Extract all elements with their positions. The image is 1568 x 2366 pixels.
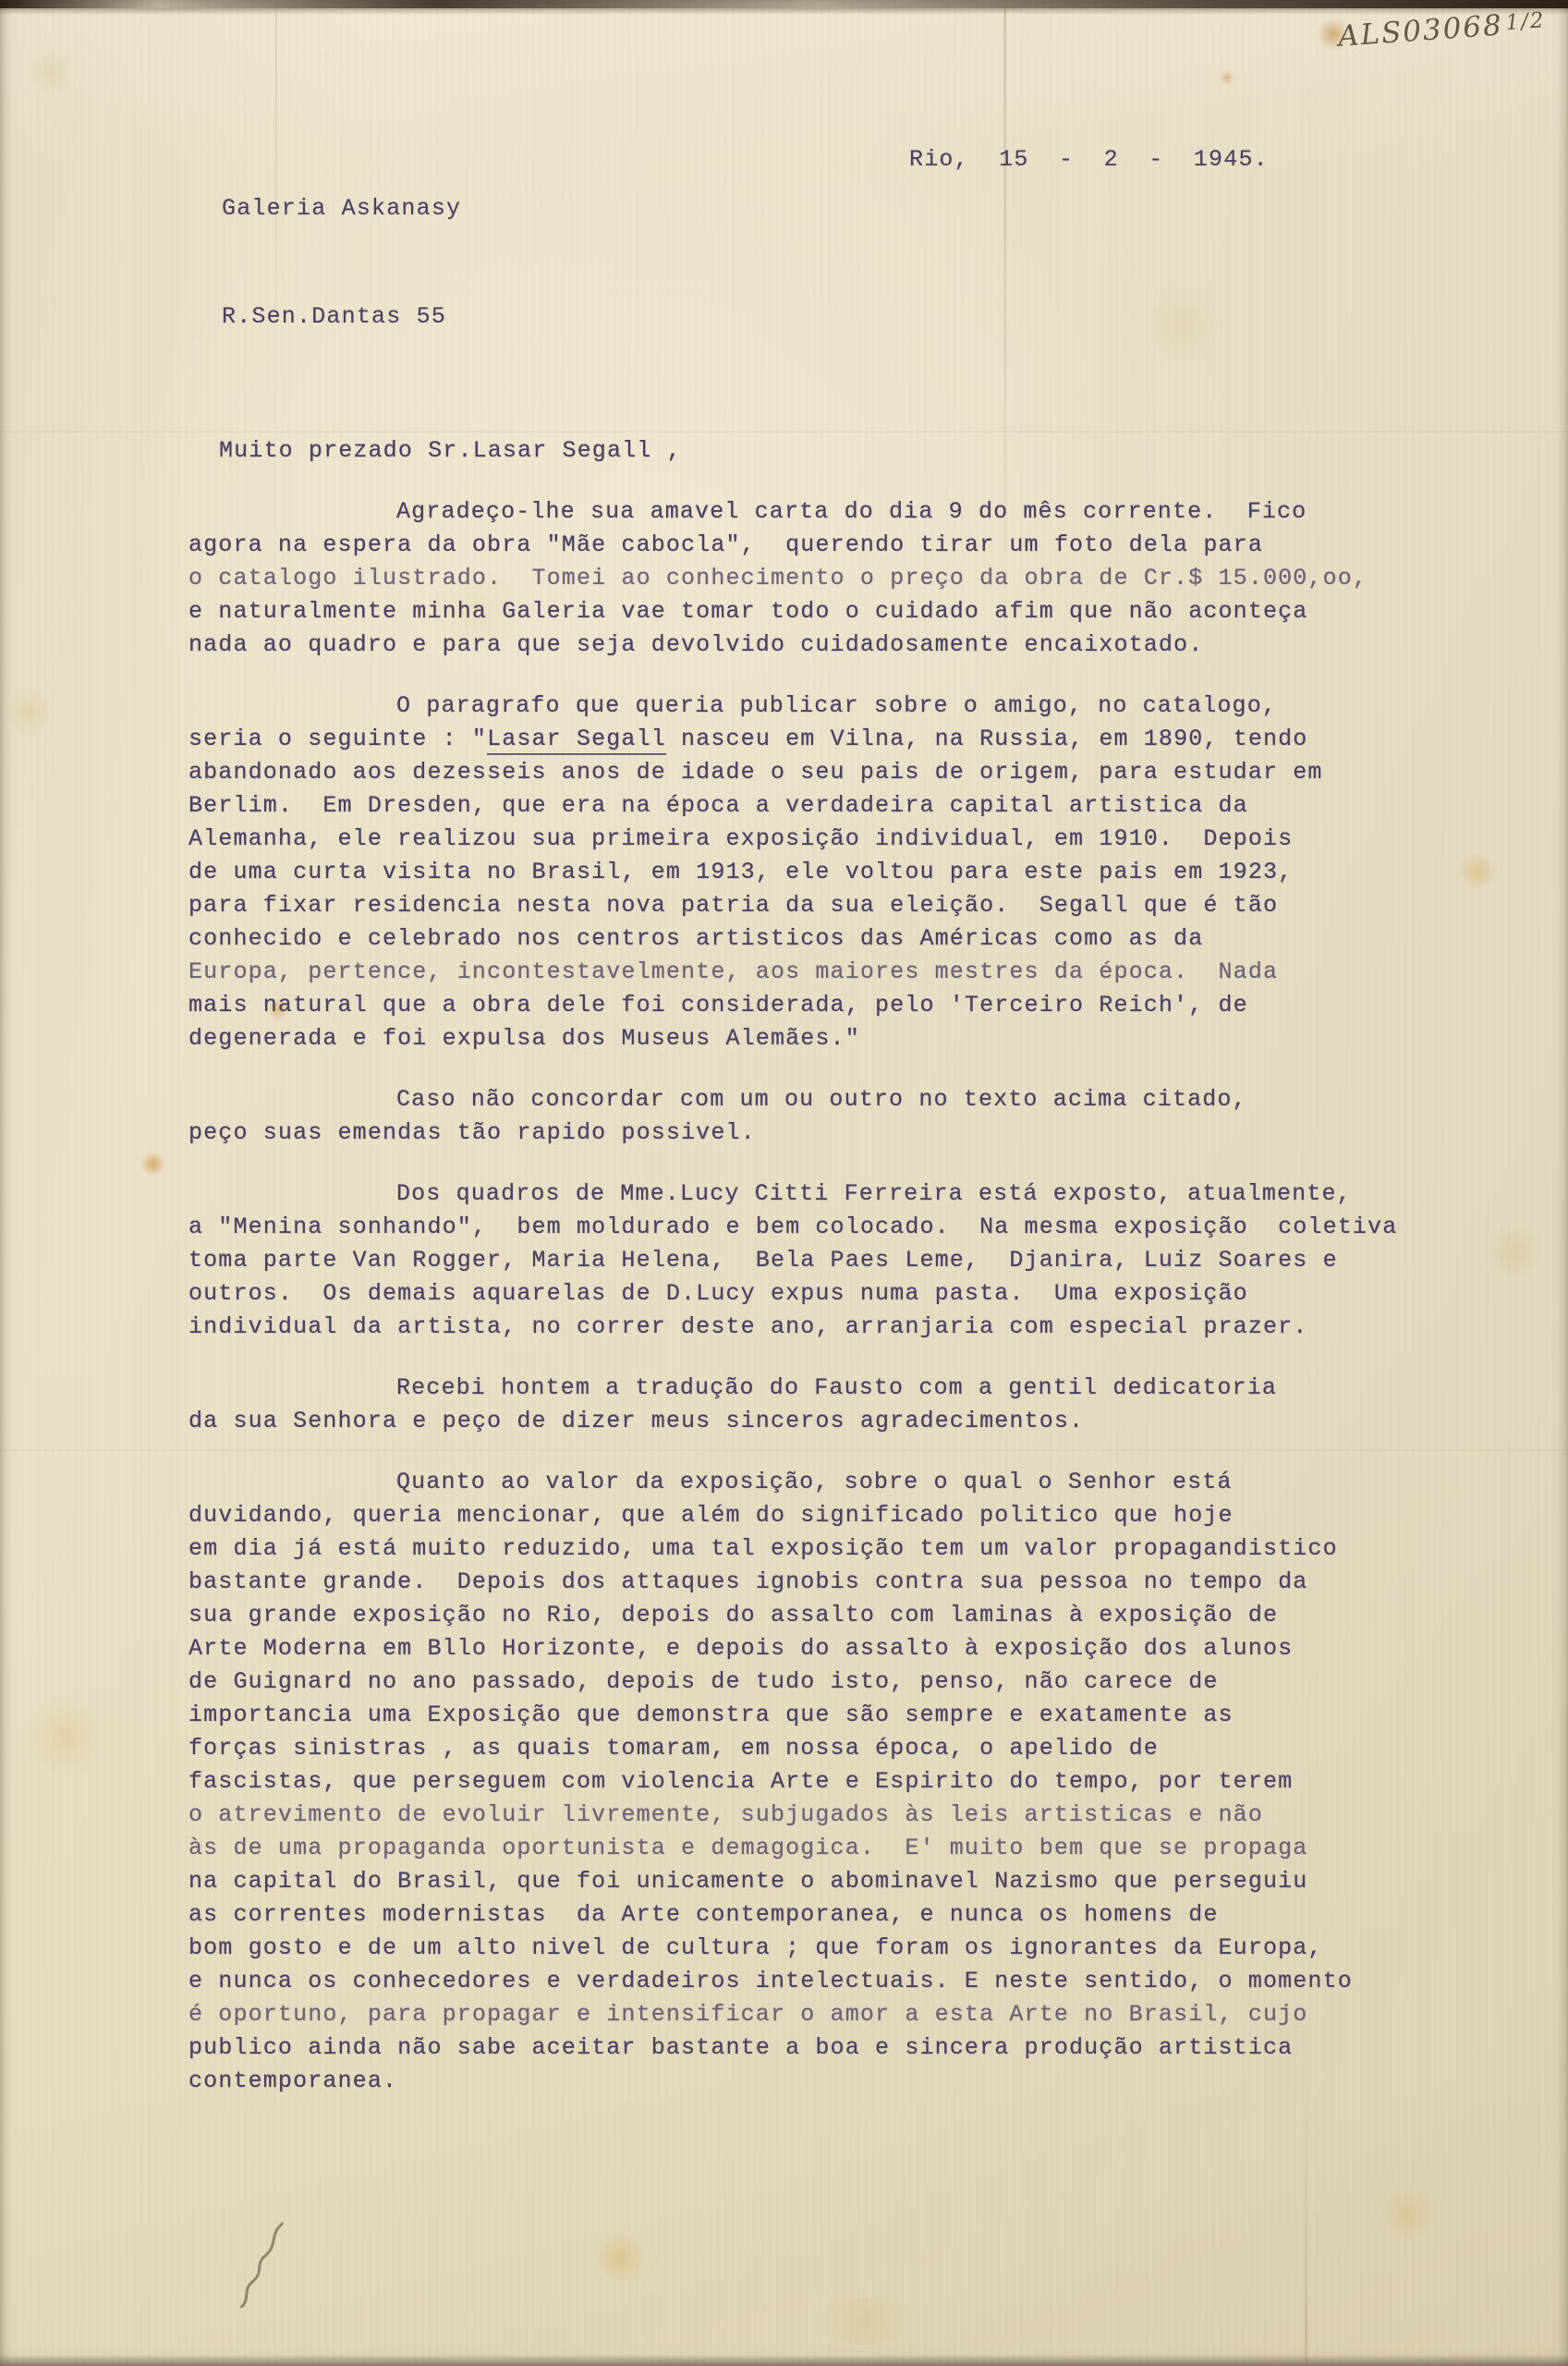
paper-stain <box>28 54 76 92</box>
letter-line: em dia já está muito reduzido, uma tal e… <box>188 1532 1482 1566</box>
letter-line: publico ainda não sabe aceitar bastante … <box>188 2031 1482 2065</box>
letter-line: duvidando, queria mencionar, que além do… <box>188 1499 1482 1532</box>
letter-line: e nunca os conhecedores e verdadeiros in… <box>188 1965 1482 1998</box>
salutation: Muito prezado Sr.Lasar Segall , <box>188 434 1482 468</box>
letter-line: é oportuno, para propagar e intensificar… <box>188 1998 1482 2031</box>
letter-line: bom gosto e de um alto nivel de cultura … <box>188 1932 1482 1965</box>
paper-stain <box>1136 288 1224 364</box>
paper-stain <box>140 1152 165 1177</box>
letter-line: seria o seguinte : "Lasar Segall nasceu … <box>188 723 1482 756</box>
paper-crease <box>0 431 1568 433</box>
letter-line: forças sinistras , as quais tomaram, em … <box>188 1732 1482 1765</box>
paragraph-2: O paragrafo que queria publicar sobre o … <box>188 689 1482 1055</box>
letter-line: de uma curta visita no Brasil, em 1913, … <box>188 856 1482 889</box>
letter-line: fascistas, que perseguem com violencia A… <box>188 1765 1482 1799</box>
scan-edge-top-shadow <box>0 8 1568 15</box>
letter-line: conhecido e celebrado nos centros artist… <box>188 922 1482 956</box>
letter-line: na capital do Brasil, que foi unicamente… <box>188 1865 1482 1898</box>
letter-line: agora na espera da obra "Mãe cabocla", q… <box>188 529 1482 562</box>
paper-stain <box>26 1693 103 1781</box>
letter-line: Berlim. Em Dresden, que era na época a v… <box>188 789 1482 823</box>
letter-line: degenerada e foi expulsa dos Museus Alem… <box>188 1022 1482 1055</box>
scan-edge-bottom <box>0 2355 1568 2366</box>
annotation-code: ALS03068 <box>1337 8 1504 53</box>
letterhead: Galeria Askanasy R.Sen.Dantas 55 <box>222 118 461 407</box>
letter-line: da sua Senhora e peço de dizer meus sinc… <box>188 1405 1482 1438</box>
letter-body: Muito prezado Sr.Lasar Segall , Agradeço… <box>188 434 1482 2098</box>
letter-line: importancia uma Exposição que demonstra … <box>188 1699 1482 1732</box>
letter-line: nada ao quadro e para que seja devolvido… <box>188 628 1482 662</box>
letter-line: Caso não concordar com um ou outro no te… <box>188 1083 1482 1116</box>
letter-line: abandonado aos dezesseis anos de idade o… <box>188 756 1482 789</box>
letter-line: a "Menina sonhando", bem moldurado e bem… <box>188 1211 1482 1244</box>
annotation-fraction: 1/2 <box>1505 8 1547 35</box>
letter-line: Agradeço-lhe sua amavel carta do dia 9 d… <box>188 495 1482 529</box>
line-segment: seria o seguinte : " <box>188 726 487 752</box>
dateline: Rio, 15 - 2 - 1945. <box>909 146 1269 173</box>
letter-line: O paragrafo que queria publicar sobre o … <box>188 689 1482 723</box>
paragraph-1: Agradeço-lhe sua amavel carta do dia 9 d… <box>188 495 1482 662</box>
paper-stain <box>1379 2186 1438 2239</box>
paper-stain <box>594 2235 648 2281</box>
letter-line: Europa, pertence, incontestavelmente, ao… <box>188 956 1482 989</box>
letter-line: outros. Os demais aquarelas de D.Lucy ex… <box>188 1277 1482 1311</box>
letter-line: Dos quadros de Mme.Lucy Citti Ferreira e… <box>188 1177 1482 1211</box>
paper-stain <box>1220 70 1234 85</box>
letter-line: o atrevimento de evoluir livremente, sub… <box>188 1799 1482 1832</box>
letter-line: Arte Moderna em Bllo Horizonte, e depois… <box>188 1632 1482 1665</box>
letter-line: as correntes modernistas da Arte contemp… <box>188 1898 1482 1932</box>
letter-line: para fixar residencia nesta nova patria … <box>188 889 1482 922</box>
gallery-name: Galeria Askanasy <box>222 190 461 226</box>
paper-stain <box>1486 1218 1543 1285</box>
letter-line: bastante grande. Depois dos attaques ign… <box>188 1566 1482 1599</box>
line-segment: nasceu em Vilna, na Russia, em 1890, ten… <box>666 726 1308 752</box>
letter-line: Alemanha, ele realizou sua primeira expo… <box>188 823 1482 856</box>
letter-line: Recebi hontem a tradução do Fausto com a… <box>188 1372 1482 1405</box>
underlined-artist-name: Lasar Segall <box>487 726 666 755</box>
paper-stain <box>808 2297 924 2345</box>
letter-line: mais natural que a obra dele foi conside… <box>188 989 1482 1022</box>
paper-stain <box>7 686 52 739</box>
paragraph-3: Caso não concordar com um ou outro no te… <box>188 1083 1482 1150</box>
gallery-address: R.Sen.Dantas 55 <box>222 299 461 335</box>
paragraph-6: Quanto ao valor da exposição, sobre o qu… <box>188 1466 1482 2098</box>
letter-line: contemporanea. <box>188 2065 1482 2098</box>
letter-line: e naturalmente minha Galeria vae tomar t… <box>188 595 1482 628</box>
letter-line: o catalogo ilustrado. Tomei ao conhecime… <box>188 562 1482 595</box>
letter-page: ALS030681/2 Galeria Askanasy R.Sen.Danta… <box>0 0 1568 2366</box>
scan-edge-top <box>0 0 1568 8</box>
letter-line: Quanto ao valor da exposição, sobre o qu… <box>188 1466 1482 1499</box>
letter-line: peço suas emendas tão rapido possivel. <box>188 1116 1482 1150</box>
paragraph-5: Recebi hontem a tradução do Fausto com a… <box>188 1372 1482 1438</box>
letter-line: toma parte Van Rogger, Maria Helena, Bel… <box>188 1244 1482 1277</box>
letter-line: às de uma propaganda oportunista e demag… <box>188 1832 1482 1865</box>
letter-line: de Guignard no ano passado, depois de tu… <box>188 1665 1482 1699</box>
paragraph-4: Dos quadros de Mme.Lucy Citti Ferreira e… <box>188 1177 1482 1344</box>
letter-line: sua grande exposição no Rio, depois do a… <box>188 1599 1482 1632</box>
letter-line: individual da artista, no correr deste a… <box>188 1311 1482 1344</box>
pencil-squiggle <box>234 2216 293 2320</box>
